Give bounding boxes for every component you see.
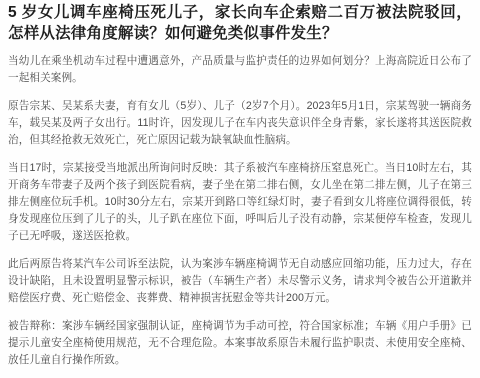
article-paragraph-plaintiff-claim: 此后两原告将某汽车公司诉至法院，认为案涉车辆座椅调节无自动感应回缩功能，压力过大… [8, 256, 472, 307]
question-title: 5 岁女儿调车座椅压死儿子，家长向车企索赔二百万被法院驳回，怎样从法律角度解读？… [8, 2, 472, 44]
article-paragraph-defendant-defense: 被告辩称：案涉车辆经国家强制认证，座椅调节为手动可控，符合国家标准；车辆《用户手… [8, 318, 472, 369]
article-body: 5 岁女儿调车座椅压死儿子，家长向车企索赔二百万被法院驳回，怎样从法律角度解读？… [0, 0, 480, 378]
article-paragraph-intro: 当幼儿在乘坐机动车过程中遭遇意外，产品质量与监护责任的边界如何划分？上海高院近日… [8, 53, 472, 87]
article-paragraph-facts: 原告宗某、吴某系夫妻，育有女儿（5岁）、儿子（2岁7个月）。2023年5月1日，… [8, 98, 472, 149]
article-paragraph-incident-details: 当日17时，宗某接受当地派出所询问时反映：其子系被汽车座椅挤压窒息死亡。当日10… [8, 160, 472, 245]
